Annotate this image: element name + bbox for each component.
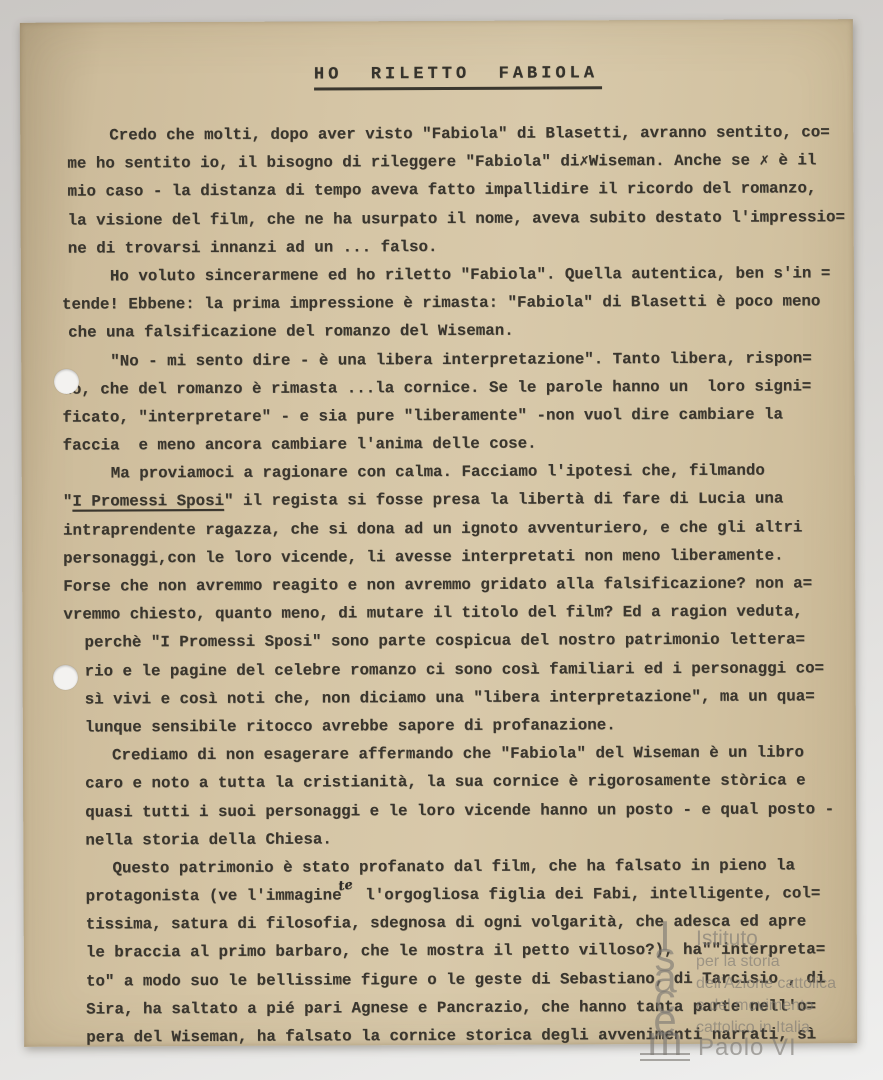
typewritten-text: Credo che molti, dopo aver visto "Fabiol…	[61, 118, 849, 1052]
text-line: Forse che non avremmo reagito e non avre…	[63, 569, 847, 601]
text-line: "I Promessi Sposi" il regista si fosse p…	[63, 485, 847, 517]
text-line: to" a modo suo le bellissime figure o le…	[65, 964, 849, 996]
text-line: la visione del film, che ne ha usurpato …	[62, 203, 846, 235]
underlined-book-title: I Promessi Sposi	[72, 492, 224, 511]
text-line: caro e noto a tutta la cristianità, la s…	[64, 767, 848, 799]
text-line: le braccia al primo barbaro, che le most…	[65, 936, 849, 968]
text-line-part: l'orgogliosa figlia dei Fabi, intelligen…	[356, 884, 821, 904]
text-line: rio e le pagine del celebre romanzo ci s…	[64, 654, 848, 686]
text-line: ne di trovarsi innanzi ad un ... falso.	[62, 231, 846, 263]
text-line: Questo patrimonio è stato profanato dal …	[64, 851, 848, 883]
text-line: Ma proviamoci a ragionare con calma. Fac…	[63, 456, 847, 488]
text-line: pera del Wiseman, ha falsato la cornice …	[65, 1020, 849, 1052]
page-title: HO RILETTO FABIOLA	[314, 64, 602, 90]
text-line: quasi tutti i suoi personaggi e le loro …	[64, 795, 848, 827]
text-line-part: protagonista (ve l'immagine	[86, 886, 342, 905]
text-line: mio caso - la distanza di tempo aveva fa…	[61, 175, 845, 207]
text-line: vremmo chiesto, quanto meno, di mutare i…	[63, 597, 847, 629]
punch-hole	[54, 369, 79, 394]
punch-hole	[53, 665, 78, 690]
text-line: Crediamo di non esagerare affermando che…	[64, 738, 848, 770]
text-line: che una falsificazione del romanzo del W…	[62, 316, 846, 348]
text-line: "No - mi sento dire - è una libera inter…	[62, 344, 846, 376]
text-line: sì vivi e così noti che, non diciamo una…	[64, 682, 848, 714]
text-line: Sira, ha saltato a pié pari Agnese e Pan…	[65, 992, 849, 1024]
document-page: HO RILETTO FABIOLA Credo che molti, dopo…	[20, 19, 857, 1047]
text-line: personaggi,con le loro vicende, li avess…	[63, 541, 847, 573]
scan-background: { "document": { "title": "HO RILETTO FAB…	[0, 0, 883, 1080]
text-line: Credo che molti, dopo aver visto "Fabiol…	[61, 118, 845, 150]
text-line: lunque sensibile ritocco avrebbe sapore …	[64, 710, 848, 742]
text-line-rest: " il regista si fosse presa la libertà d…	[224, 490, 783, 510]
text-line: tissima, satura di filosofia, sdegnosa d…	[65, 907, 849, 939]
text-line: me ho sentito io, il bisogno di rilegger…	[61, 146, 845, 178]
text-line: tende! Ebbene: la prima impressione è ri…	[62, 287, 846, 319]
text-line: protagonista (ve l'immaginete l'orgoglio…	[65, 879, 849, 911]
text-line: faccia e meno ancora cambiare l'anima de…	[63, 428, 847, 460]
text-line: do, che del romanzo è rimasta ...la corn…	[62, 372, 846, 404]
text-line: Ho voluto sincerarmene ed ho riletto "Fa…	[62, 259, 846, 291]
text-line: perchè "I Promessi Sposi" sono parte cos…	[63, 626, 847, 658]
logo-underline-bars	[640, 1053, 690, 1065]
text-line: intraprendente ragazza, che si dona ad u…	[63, 513, 847, 545]
text-line: ficato, "interpretare" - e sia pure "lib…	[62, 400, 846, 432]
text-line: nella storia della Chiesa.	[64, 823, 848, 855]
